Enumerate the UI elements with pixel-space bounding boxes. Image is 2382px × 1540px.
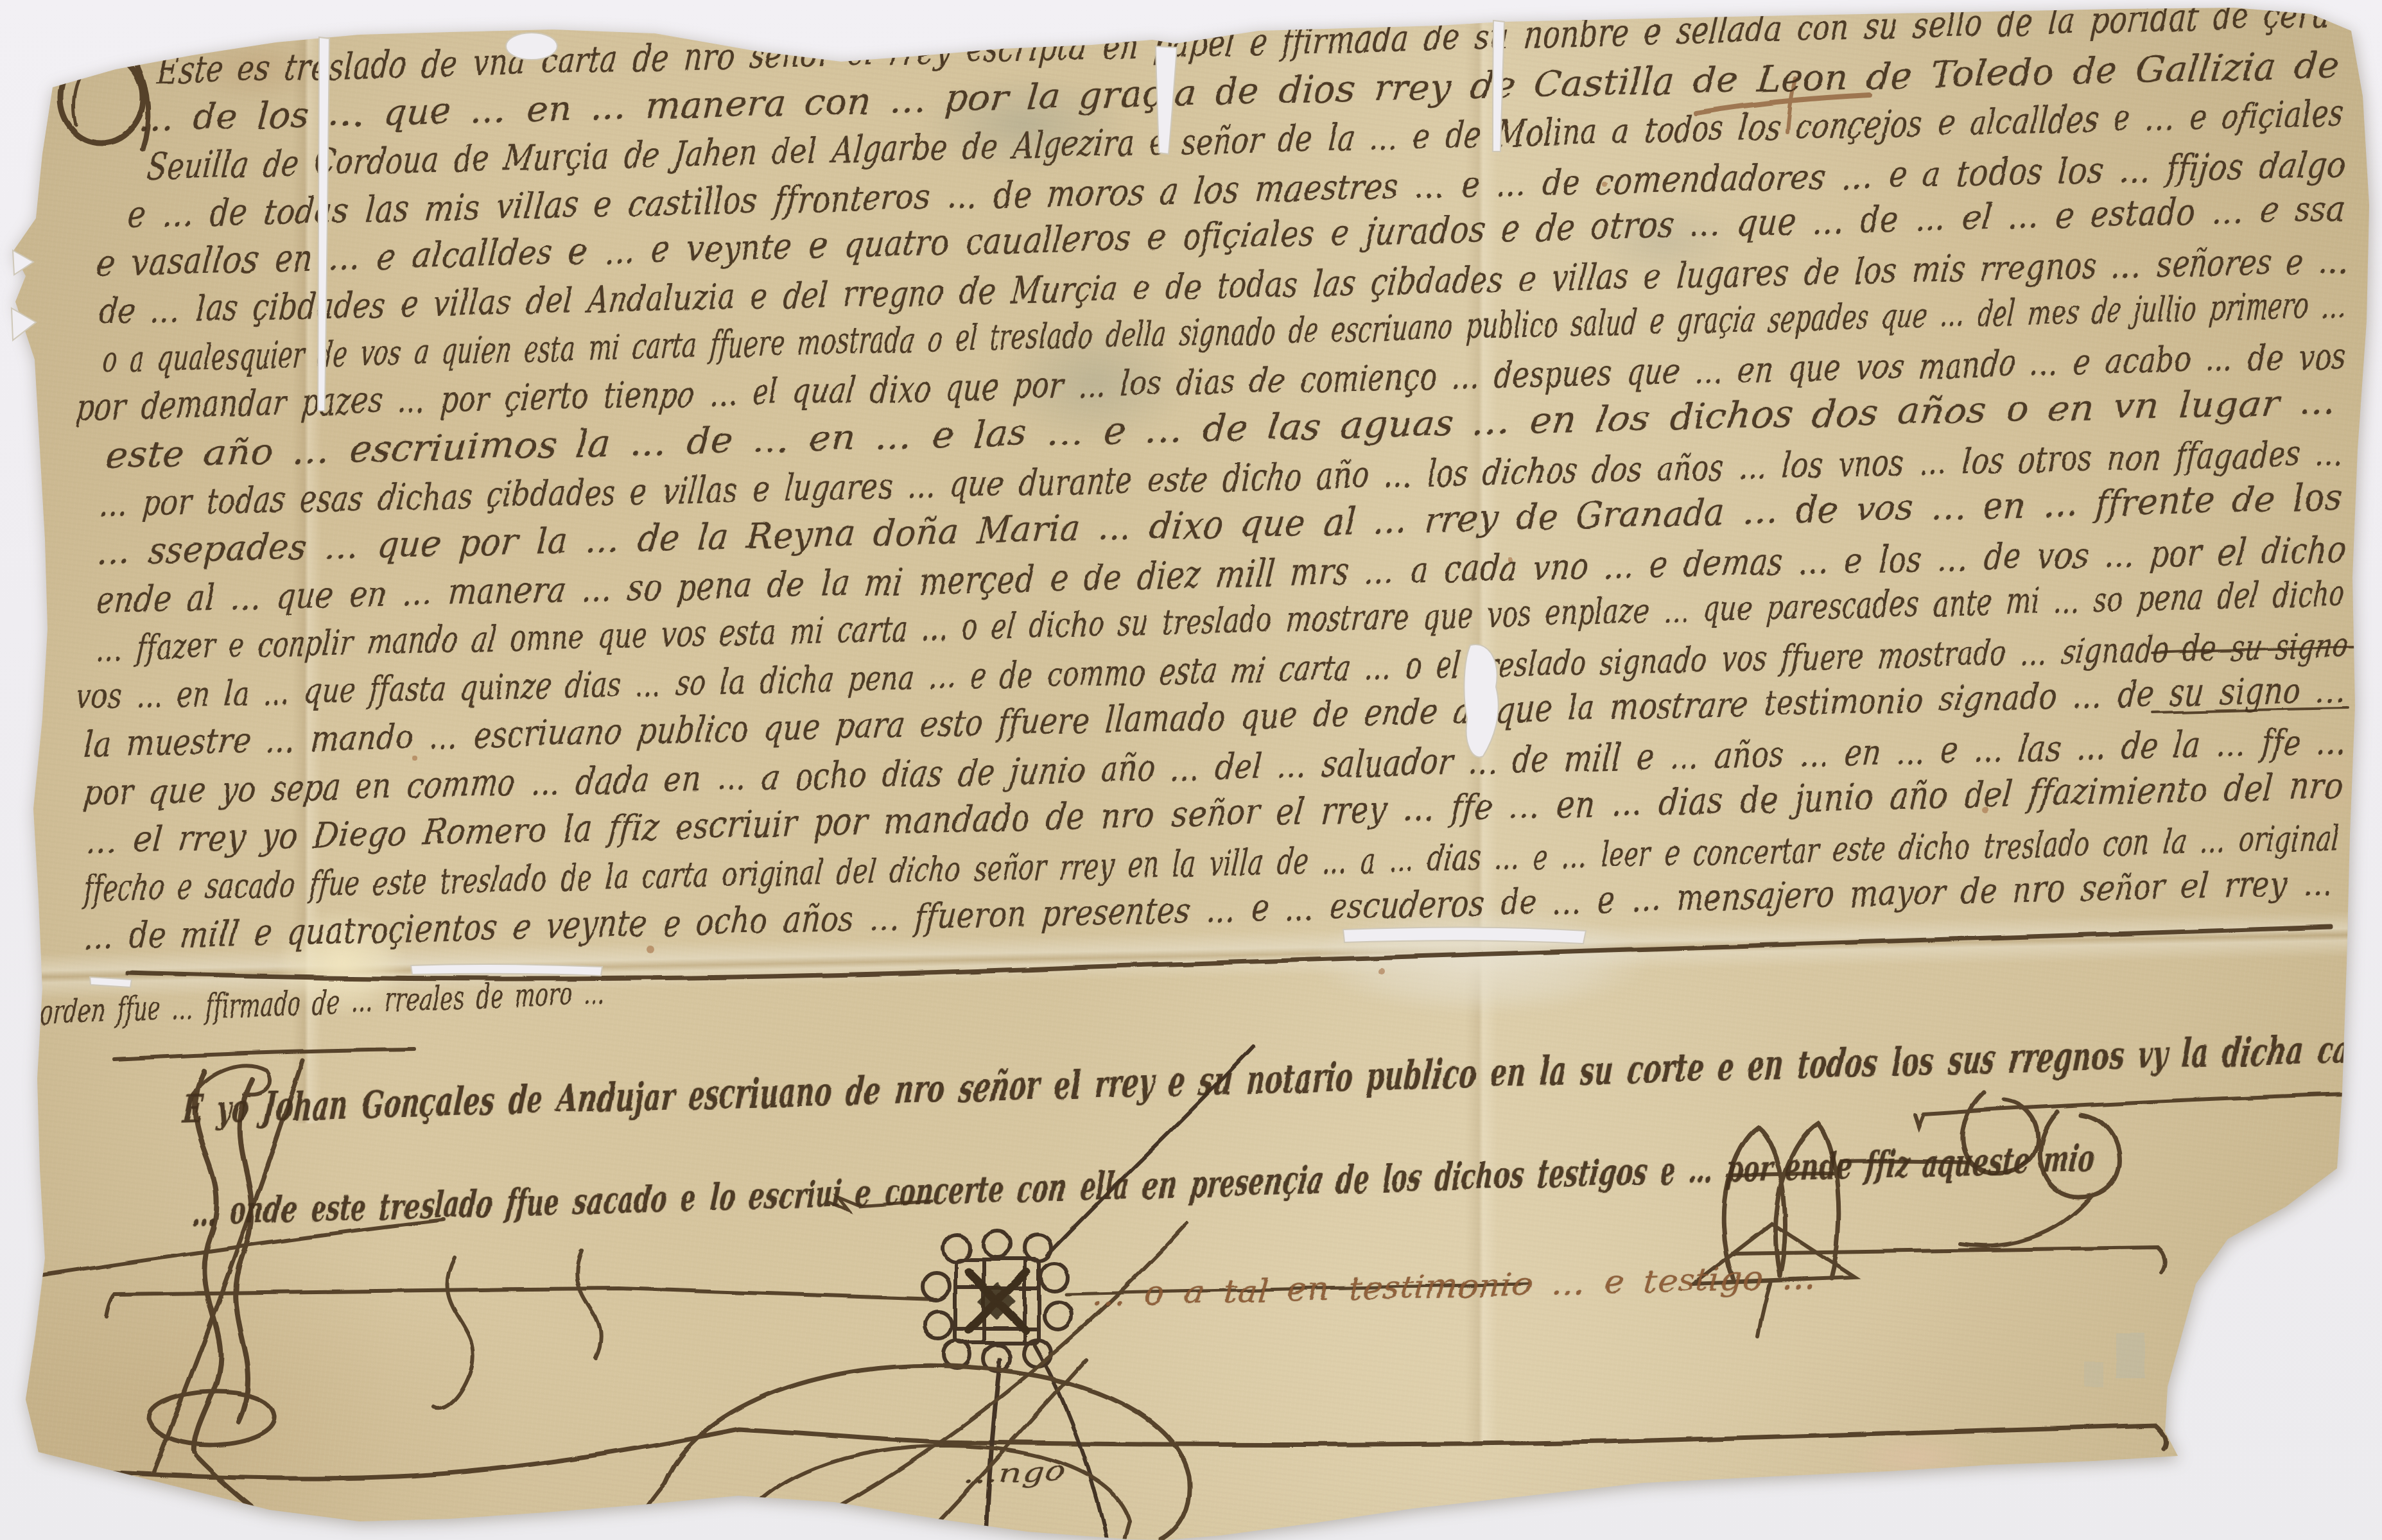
manuscript-line-text: … onde este treslado ffue sacado e lo es…: [191, 1137, 2096, 1234]
parchment-sheet: Este es treslado de vna carta de nro señ…: [0, 0, 2382, 1540]
manuscript-line-text: E yo Johan Gonçales de Andujar escriuano…: [181, 1015, 2382, 1133]
manuscript-line-text: orden ffue … ffirmado de … rreales de mo…: [39, 974, 607, 1032]
parchment-wrapper: Este es treslado de vna carta de nro señ…: [0, 0, 2382, 1540]
manuscript-line-text: …ngo: [962, 1455, 1067, 1490]
manuscript-line-text: … o a tal en testimonio … e testigo …: [1090, 1258, 1818, 1313]
manuscript-line: orden ffue … ffirmado de … rreales de mo…: [39, 964, 912, 1033]
subscription-line: … onde este treslado ffue sacado e lo es…: [191, 1109, 2382, 1234]
handwriting-layer: Este es treslado de vna carta de nro señ…: [0, 0, 2382, 1540]
manuscript-scan: Este es treslado de vna carta de nro señ…: [0, 0, 2382, 1540]
subscription-line: … o a tal en testimonio … e testigo …: [1090, 1259, 1779, 1313]
signo-word: …ngo: [962, 1456, 1043, 1490]
